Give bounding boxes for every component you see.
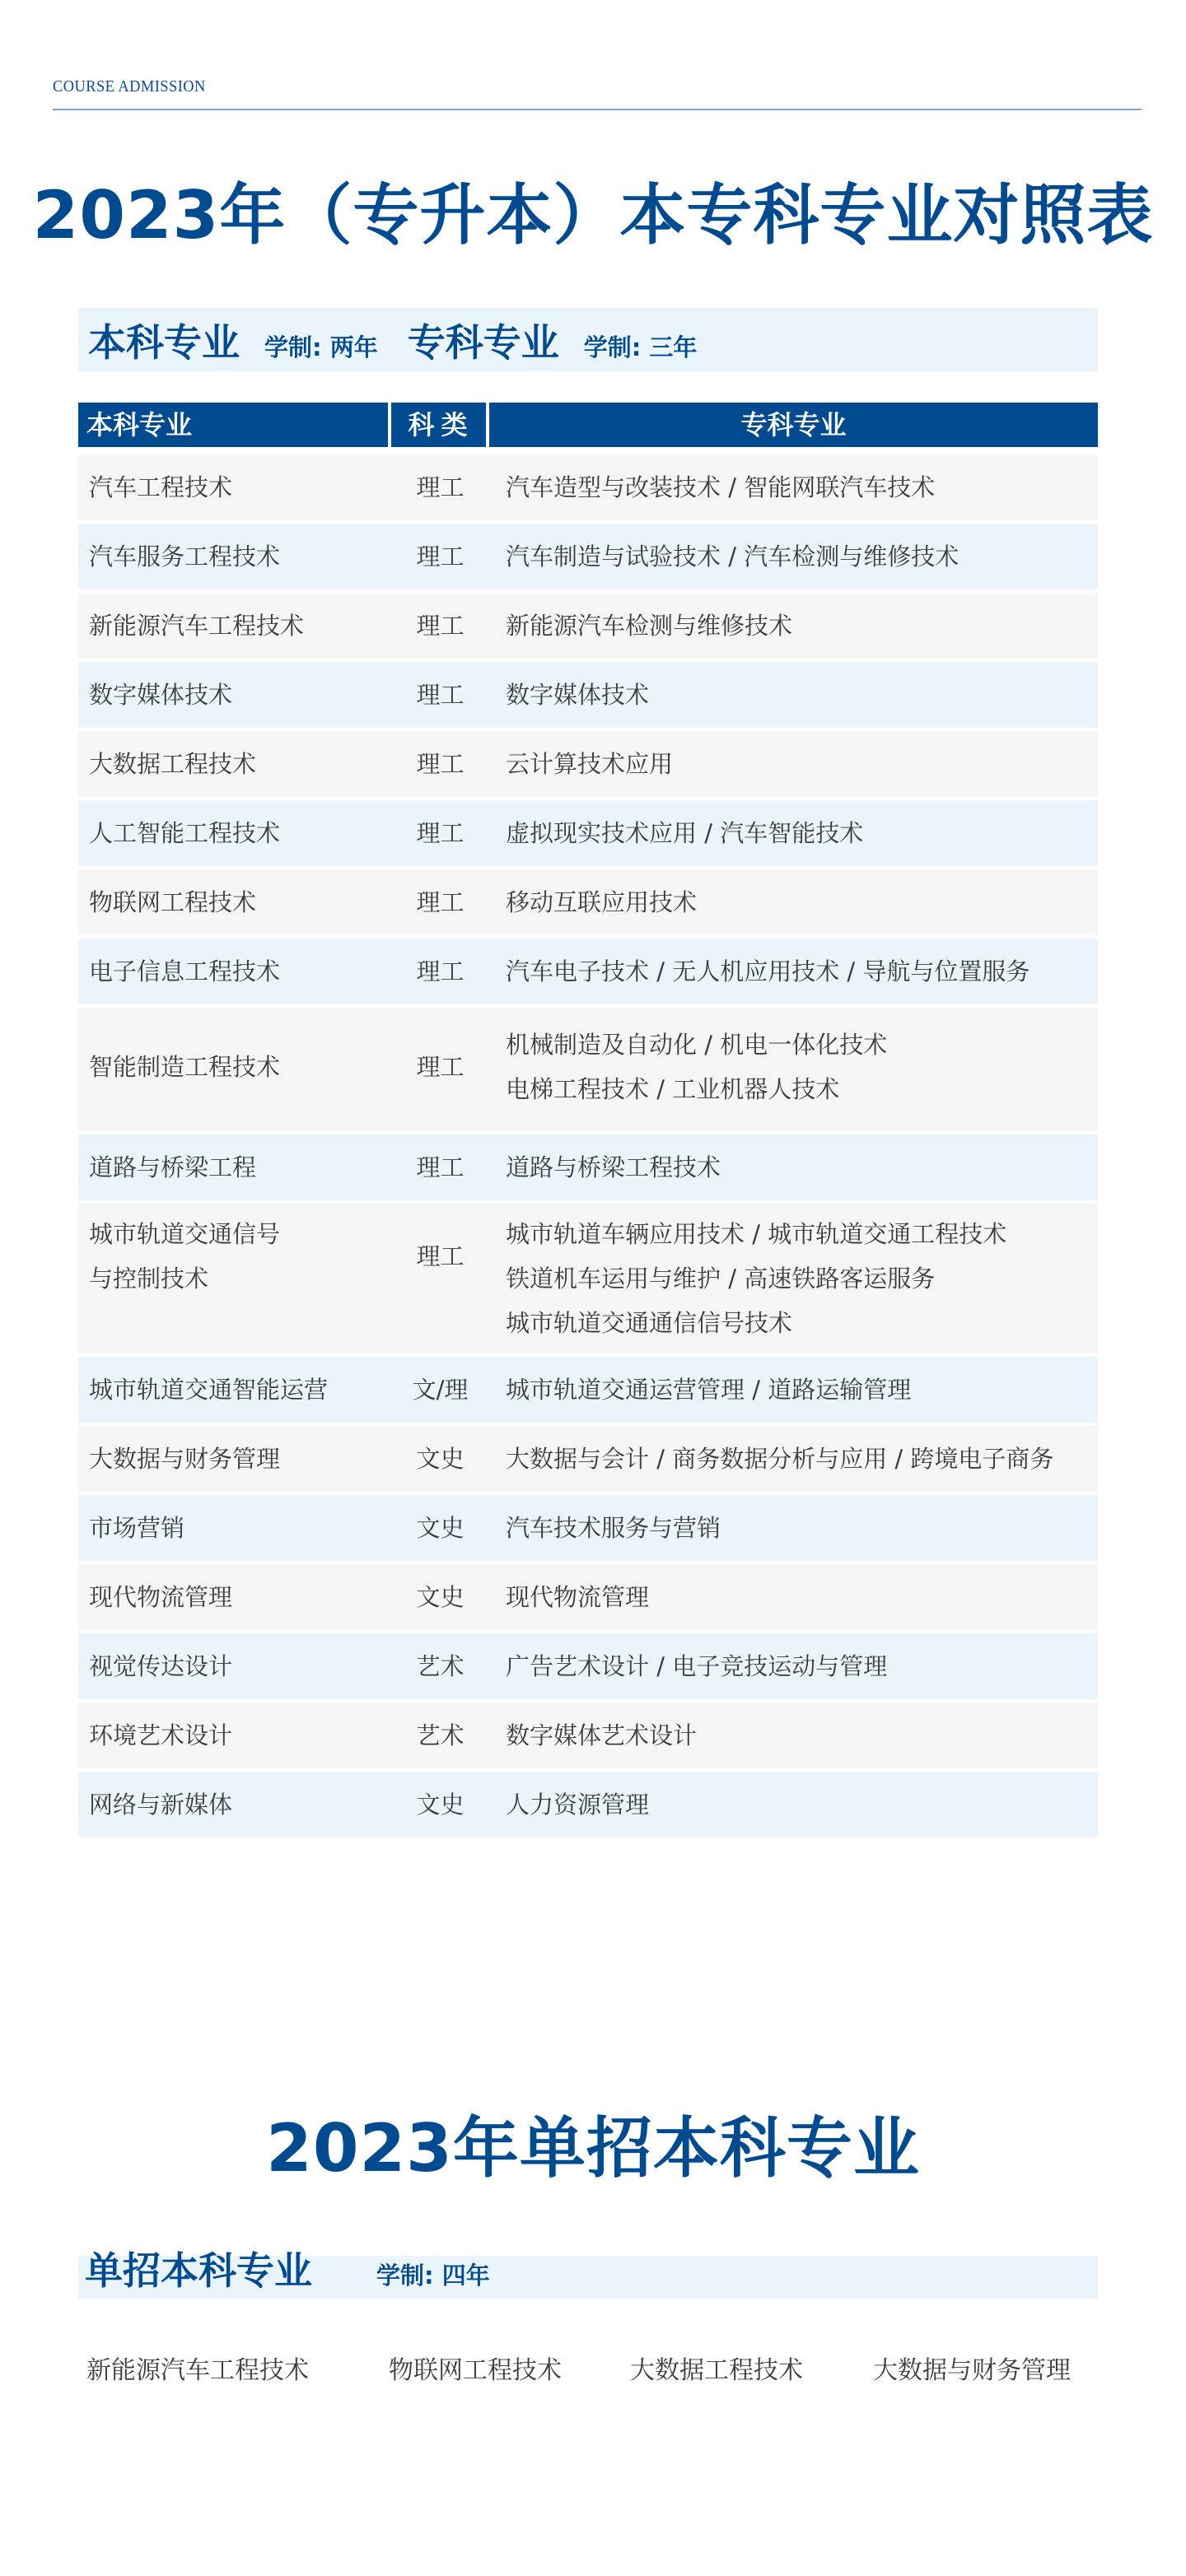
bachelor-major-cell: 道路与桥梁工程 [78, 1134, 391, 1200]
table-row: 大数据工程技术理工云计算技术应用 [78, 731, 1098, 797]
bachelor-major-cell: 新能源汽车工程技术 [78, 593, 391, 659]
category-cell: 理工 [391, 454, 489, 520]
associate-major: 城市轨道车辆应用技术 / 城市轨道交通工程技术 [506, 1212, 1098, 1256]
bachelor-duration: 学制: 两年 [264, 329, 378, 363]
section-eyebrow: COURSE ADMISSION [53, 77, 206, 96]
associate-major-cell: 人力资源管理 [489, 1772, 1098, 1838]
table-row: 视觉传达设计艺术广告艺术设计 / 电子竞技运动与管理 [78, 1633, 1098, 1699]
category-cell: 文史 [391, 1426, 489, 1492]
bachelor-major: 道路与桥梁工程 [89, 1134, 391, 1200]
category-cell: 理工 [391, 662, 489, 728]
associate-major-cell: 城市轨道交通运营管理 / 道路运输管理 [489, 1357, 1098, 1423]
bachelor-major-cell: 人工智能工程技术 [78, 800, 391, 866]
bachelor-major-cell: 大数据与财务管理 [78, 1426, 391, 1492]
category-cell: 理工 [391, 939, 489, 1004]
bachelor-major-cell: 大数据工程技术 [78, 731, 391, 797]
table-row: 新能源汽车工程技术理工新能源汽车检测与维修技术 [78, 593, 1098, 659]
category: 文史 [391, 1495, 489, 1561]
category: 理工 [391, 1022, 489, 1089]
associate-major: 汽车技术服务与营销 [506, 1495, 1098, 1561]
bachelor-major: 电子信息工程技术 [89, 939, 391, 1004]
bachelor-major: 城市轨道交通信号 [89, 1212, 391, 1256]
associate-label: 专科专业 [408, 319, 559, 366]
associate-major-cell: 汽车造型与改装技术 / 智能网联汽车技术 [489, 454, 1098, 520]
header-divider [53, 109, 1142, 110]
bachelor-major-cell: 智能制造工程技术 [78, 1022, 391, 1089]
associate-major: 城市轨道交通通信信号技术 [506, 1301, 1098, 1345]
major-item: 大数据与财务管理 [873, 2353, 1071, 2389]
category-cell: 理工 [391, 1134, 489, 1200]
associate-major: 铁道机车运用与维护 / 高速铁路客运服务 [506, 1256, 1098, 1301]
bachelor-major: 市场营销 [89, 1495, 391, 1561]
bachelor-major: 视觉传达设计 [89, 1633, 391, 1699]
category: 文史 [391, 1564, 489, 1630]
associate-major: 数字媒体技术 [506, 662, 1098, 728]
table-row: 市场营销文史汽车技术服务与营销 [78, 1495, 1098, 1561]
associate-major: 电梯工程技术 / 工业机器人技术 [506, 1067, 1098, 1111]
category: 艺术 [391, 1703, 489, 1768]
category: 理工 [391, 800, 489, 866]
category: 理工 [391, 939, 489, 1004]
category: 理工 [391, 869, 489, 935]
associate-major-cell: 现代物流管理 [489, 1564, 1098, 1630]
single-enrollment-label: 单招本科专业 [85, 2248, 312, 2294]
associate-major-cell: 云计算技术应用 [489, 731, 1098, 797]
bachelor-major: 数字媒体技术 [89, 662, 391, 728]
associate-major: 机械制造及自动化 / 机电一体化技术 [506, 1022, 1098, 1067]
table-row: 城市轨道交通信号与控制技术理工城市轨道车辆应用技术 / 城市轨道交通工程技术铁道… [78, 1204, 1098, 1353]
bachelor-major-cell: 现代物流管理 [78, 1564, 391, 1630]
associate-major: 城市轨道交通运营管理 / 道路运输管理 [506, 1357, 1098, 1423]
category-cell: 理工 [391, 800, 489, 866]
category: 艺术 [391, 1633, 489, 1699]
bachelor-major-cell: 环境艺术设计 [78, 1703, 391, 1768]
table-row: 大数据与财务管理文史大数据与会计 / 商务数据分析与应用 / 跨境电子商务 [78, 1426, 1098, 1492]
associate-major-cell: 汽车制造与试验技术 / 汽车检测与维修技术 [489, 524, 1098, 589]
category-cell: 文/理 [391, 1357, 489, 1423]
table-row: 物联网工程技术理工移动互联应用技术 [78, 869, 1098, 935]
bachelor-major: 汽车工程技术 [89, 454, 391, 520]
bachelor-major: 新能源汽车工程技术 [89, 593, 391, 659]
category-cell: 理工 [391, 731, 489, 797]
bachelor-major: 汽车服务工程技术 [89, 524, 391, 589]
associate-major-cell: 大数据与会计 / 商务数据分析与应用 / 跨境电子商务 [489, 1426, 1098, 1492]
associate-major: 大数据与会计 / 商务数据分析与应用 / 跨境电子商务 [506, 1426, 1098, 1492]
single-enrollment-duration: 学制: 四年 [376, 2257, 490, 2291]
category-cell: 理工 [391, 524, 489, 589]
category: 理工 [391, 662, 489, 728]
category-cell: 艺术 [391, 1703, 489, 1768]
category-cell: 理工 [391, 1212, 489, 1279]
bachelor-major: 人工智能工程技术 [89, 800, 391, 866]
associate-major-cell: 移动互联应用技术 [489, 869, 1098, 935]
category-cell: 理工 [391, 869, 489, 935]
associate-major-cell: 数字媒体技术 [489, 662, 1098, 728]
category: 文/理 [391, 1357, 489, 1423]
associate-major-cell: 广告艺术设计 / 电子竞技运动与管理 [489, 1633, 1098, 1699]
associate-major: 道路与桥梁工程技术 [506, 1134, 1098, 1200]
section-title-single-enrollment: 2023年单招本科专业 [0, 2108, 1186, 2190]
associate-major: 数字媒体艺术设计 [506, 1703, 1098, 1768]
bachelor-major-cell: 数字媒体技术 [78, 662, 391, 728]
category: 文史 [391, 1426, 489, 1492]
bachelor-major: 大数据与财务管理 [89, 1426, 391, 1492]
page-title: 2023年（专升本）本专科专业对照表 [0, 175, 1186, 257]
associate-major: 新能源汽车检测与维修技术 [506, 593, 1098, 659]
associate-major-cell: 新能源汽车检测与维修技术 [489, 593, 1098, 659]
table-header: 本科专业 科类 专科专业 [78, 403, 1098, 447]
table-row: 汽车服务工程技术理工汽车制造与试验技术 / 汽车检测与维修技术 [78, 524, 1098, 589]
category: 理工 [391, 731, 489, 797]
category: 理工 [391, 593, 489, 659]
bachelor-major-cell: 网络与新媒体 [78, 1772, 391, 1838]
header-category: 科类 [391, 403, 486, 447]
category: 理工 [391, 454, 489, 520]
header-bachelor-major: 本科专业 [78, 403, 388, 447]
bachelor-major: 与控制技术 [89, 1256, 391, 1301]
associate-major: 现代物流管理 [506, 1564, 1098, 1630]
bachelor-major-cell: 视觉传达设计 [78, 1633, 391, 1699]
bachelor-label: 本科专业 [88, 319, 240, 366]
bachelor-major-cell: 电子信息工程技术 [78, 939, 391, 1004]
associate-major: 移动互联应用技术 [506, 869, 1098, 935]
associate-major-cell: 虚拟现实技术应用 / 汽车智能技术 [489, 800, 1098, 866]
bachelor-major-cell: 汽车服务工程技术 [78, 524, 391, 589]
associate-major-cell: 机械制造及自动化 / 机电一体化技术电梯工程技术 / 工业机器人技术 [489, 1022, 1098, 1111]
category-cell: 文史 [391, 1772, 489, 1838]
associate-major: 汽车造型与改装技术 / 智能网联汽车技术 [506, 454, 1098, 520]
table-row: 道路与桥梁工程理工道路与桥梁工程技术 [78, 1134, 1098, 1200]
category-cell: 文史 [391, 1564, 489, 1630]
program-duration-band: 本科专业 学制: 两年 专科专业 学制: 三年 [78, 308, 1098, 371]
category: 理工 [391, 524, 489, 589]
category-cell: 艺术 [391, 1633, 489, 1699]
associate-major: 人力资源管理 [506, 1772, 1098, 1838]
bachelor-major-cell: 汽车工程技术 [78, 454, 391, 520]
table-row: 电子信息工程技术理工汽车电子技术 / 无人机应用技术 / 导航与位置服务 [78, 939, 1098, 1004]
associate-major: 汽车电子技术 / 无人机应用技术 / 导航与位置服务 [506, 939, 1098, 1004]
single-enrollment-band: 单招本科专业 学制: 四年 [78, 2256, 1098, 2299]
associate-major-cell: 道路与桥梁工程技术 [489, 1134, 1098, 1200]
category: 文史 [391, 1772, 489, 1838]
table-row: 城市轨道交通智能运营文/理城市轨道交通运营管理 / 道路运输管理 [78, 1357, 1098, 1423]
bachelor-major-cell: 城市轨道交通信号与控制技术 [78, 1212, 391, 1301]
category: 理工 [391, 1134, 489, 1200]
table-row: 汽车工程技术理工汽车造型与改装技术 / 智能网联汽车技术 [78, 454, 1098, 520]
table-row: 现代物流管理文史现代物流管理 [78, 1564, 1098, 1630]
bachelor-major-cell: 物联网工程技术 [78, 869, 391, 935]
associate-major-cell: 数字媒体艺术设计 [489, 1703, 1098, 1768]
table-row: 数字媒体技术理工数字媒体技术 [78, 662, 1098, 728]
bachelor-major: 城市轨道交通智能运营 [89, 1357, 391, 1423]
bachelor-major: 网络与新媒体 [89, 1772, 391, 1838]
table-row: 网络与新媒体文史人力资源管理 [78, 1772, 1098, 1838]
category-cell: 理工 [391, 1022, 489, 1089]
category: 理工 [391, 1212, 489, 1279]
associate-major: 汽车制造与试验技术 / 汽车检测与维修技术 [506, 524, 1098, 589]
table-row: 智能制造工程技术理工机械制造及自动化 / 机电一体化技术电梯工程技术 / 工业机… [78, 1008, 1098, 1131]
bachelor-major: 大数据工程技术 [89, 731, 391, 797]
header-associate-major: 专科专业 [489, 403, 1098, 447]
associate-duration: 学制: 三年 [584, 329, 698, 363]
bachelor-major: 智能制造工程技术 [89, 1045, 391, 1089]
major-item: 新能源汽车工程技术 [86, 2353, 309, 2389]
category-cell: 理工 [391, 593, 489, 659]
associate-major: 广告艺术设计 / 电子竞技运动与管理 [506, 1633, 1098, 1699]
table-row: 环境艺术设计艺术数字媒体艺术设计 [78, 1703, 1098, 1768]
associate-major-cell: 汽车技术服务与营销 [489, 1495, 1098, 1561]
associate-major-cell: 城市轨道车辆应用技术 / 城市轨道交通工程技术铁道机车运用与维护 / 高速铁路客… [489, 1212, 1098, 1345]
bachelor-major-cell: 市场营销 [78, 1495, 391, 1561]
category-cell: 文史 [391, 1495, 489, 1561]
major-comparison-table: 汽车工程技术理工汽车造型与改装技术 / 智能网联汽车技术汽车服务工程技术理工汽车… [78, 454, 1098, 1841]
bachelor-major: 环境艺术设计 [89, 1703, 391, 1768]
bachelor-major: 物联网工程技术 [89, 869, 391, 935]
associate-major-cell: 汽车电子技术 / 无人机应用技术 / 导航与位置服务 [489, 939, 1098, 1004]
associate-major: 虚拟现实技术应用 / 汽车智能技术 [506, 800, 1098, 866]
major-item: 物联网工程技术 [389, 2353, 562, 2389]
bachelor-major-cell: 城市轨道交通智能运营 [78, 1357, 391, 1423]
bachelor-major: 现代物流管理 [89, 1564, 391, 1630]
associate-major: 云计算技术应用 [506, 731, 1098, 797]
major-item: 大数据工程技术 [630, 2353, 803, 2389]
table-row: 人工智能工程技术理工虚拟现实技术应用 / 汽车智能技术 [78, 800, 1098, 866]
